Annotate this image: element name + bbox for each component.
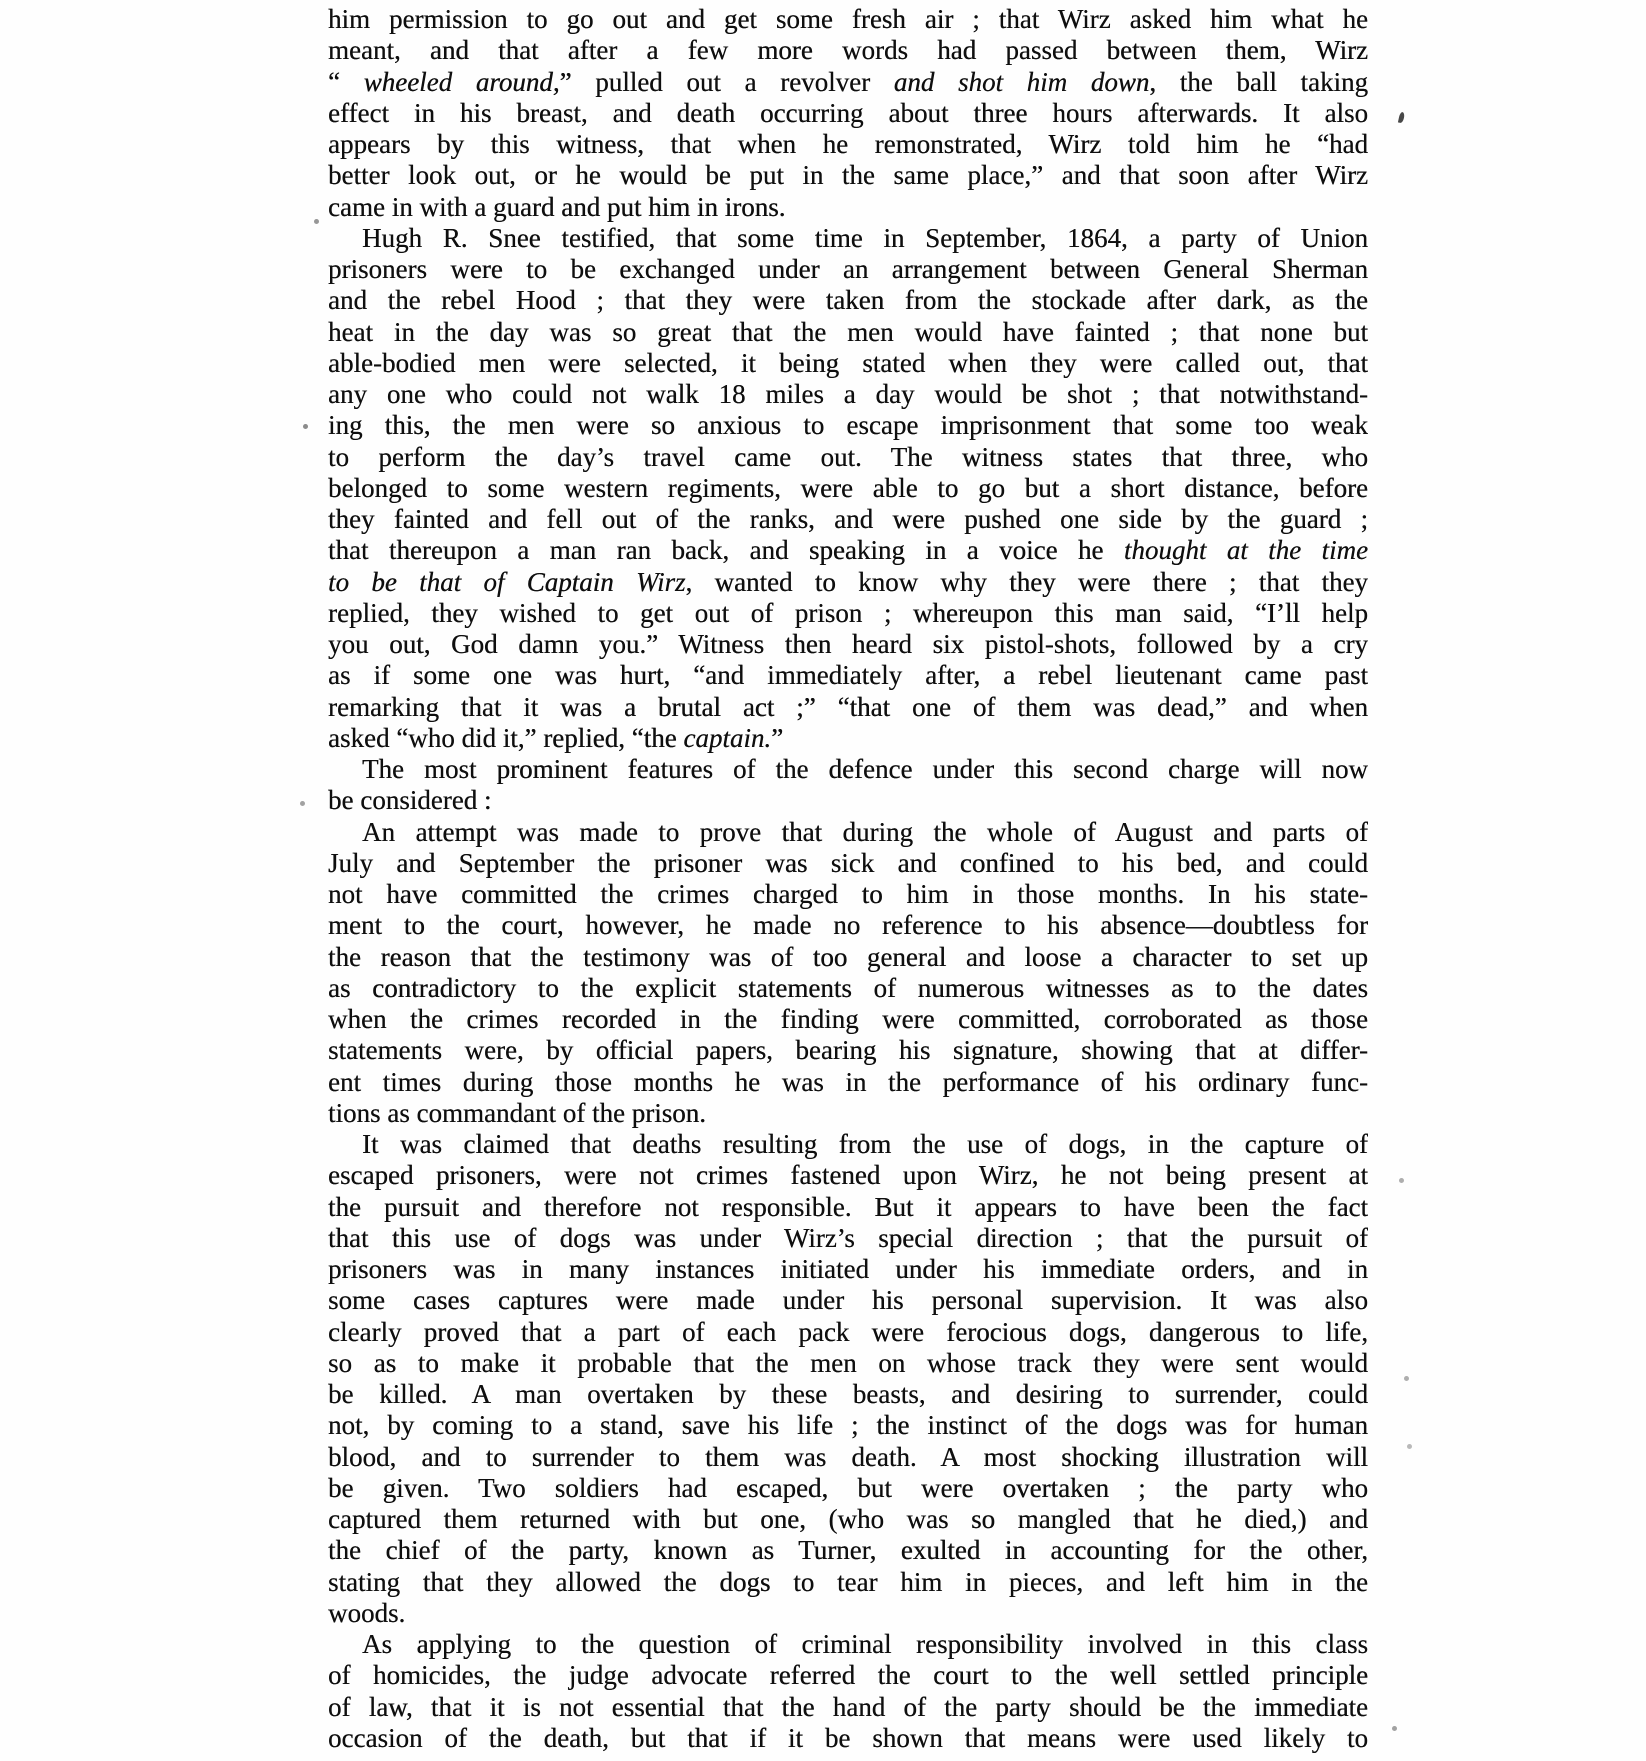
text-segment: ment to the court, however, he made no r… [328, 910, 1368, 940]
text-segment: came in with a guard and put him in iron… [328, 192, 785, 222]
text-segment: any one who could not walk 18 miles a da… [328, 379, 1368, 409]
text-line: better look out, or he would be put in t… [328, 160, 1368, 191]
text-line: appears by this witness, that when he re… [328, 129, 1368, 160]
text-line: able-bodied men were selected, it being … [328, 348, 1368, 379]
text-segment: , the ball taking [1149, 67, 1368, 97]
text-line: you out, God damn you.” Witness then hea… [328, 629, 1368, 660]
text-segment: ent times during those months he was in … [328, 1067, 1368, 1097]
text-line: remarking that it was a brutal act ;” “t… [328, 692, 1368, 723]
scan-artifact [1398, 112, 1405, 124]
text-segment: escaped prisoners, were not crimes faste… [328, 1160, 1368, 1190]
text-segment: July and September the prisoner was sick… [328, 848, 1368, 878]
text-segment: the chief of the party, known as Turner,… [328, 1535, 1368, 1565]
text-line: occasion of the death, but that if it be… [328, 1723, 1368, 1754]
scan-artifact [303, 424, 308, 429]
text-segment: It was claimed that deaths resulting fro… [362, 1129, 1368, 1159]
text-segment: captured them returned with but one, (wh… [328, 1504, 1368, 1534]
text-line: As applying to the question of criminal … [328, 1629, 1368, 1660]
italic-text: to be that of Captain Wirz [328, 567, 685, 597]
text-line: him permission to go out and get some fr… [328, 4, 1368, 35]
text-segment: blood, and to surrender to them was deat… [328, 1442, 1368, 1472]
text-segment: asked “who did it,” replied, “the [328, 723, 683, 753]
text-segment: better look out, or he would be put in t… [328, 160, 1368, 190]
text-line: that thereupon a man ran back, and speak… [328, 535, 1368, 566]
text-line: “ wheeled around,” pulled out a revolver… [328, 67, 1368, 98]
text-segment: not, by coming to a stand, save his life… [328, 1410, 1368, 1440]
text-line: prisoners were to be exchanged under an … [328, 254, 1368, 285]
text-line: The most prominent features of the defen… [328, 754, 1368, 785]
text-line: of homicides, the judge advocate referre… [328, 1660, 1368, 1691]
text-segment: not have committed the crimes charged to… [328, 879, 1368, 909]
paragraph: An attempt was made to prove that during… [328, 817, 1368, 1130]
text-line: of law, that it is not essential that th… [328, 1692, 1368, 1723]
text-segment: be considered : [328, 785, 491, 815]
text-line: An attempt was made to prove that during… [328, 817, 1368, 848]
italic-text: and shot him down [894, 67, 1150, 97]
text-line: ment to the court, however, he made no r… [328, 910, 1368, 941]
text-line: not, by coming to a stand, save his life… [328, 1410, 1368, 1441]
text-line: blood, and to surrender to them was deat… [328, 1442, 1368, 1473]
text-line: as if some one was hurt, “and immediatel… [328, 660, 1368, 691]
text-line: they fainted and fell out of the ranks, … [328, 504, 1368, 535]
page-text: him permission to go out and get some fr… [328, 4, 1368, 1754]
text-segment: replied, they wished to get out of priso… [328, 598, 1368, 628]
text-segment: that this use of dogs was under Wirz’s s… [328, 1223, 1368, 1253]
text-segment: the reason that the testimony was of too… [328, 942, 1368, 972]
text-line: stating that they allowed the dogs to te… [328, 1567, 1368, 1598]
paragraph: It was claimed that deaths resulting fro… [328, 1129, 1368, 1629]
text-segment: so as to make it probable that the men o… [328, 1348, 1368, 1378]
text-segment: and the rebel Hood ; that they were take… [328, 285, 1368, 315]
text-line: captured them returned with but one, (wh… [328, 1504, 1368, 1535]
text-segment: ing this, the men were so anxious to esc… [328, 410, 1368, 440]
text-segment: the pursuit and therefore not responsibl… [328, 1192, 1368, 1222]
text-line: be killed. A man overtaken by these beas… [328, 1379, 1368, 1410]
paragraph: As applying to the question of criminal … [328, 1629, 1368, 1754]
text-segment: they fainted and fell out of the ranks, … [328, 504, 1368, 534]
text-segment: tions as commandant of the prison. [328, 1098, 706, 1128]
text-segment: remarking that it was a brutal act ;” “t… [328, 692, 1368, 722]
text-line: any one who could not walk 18 miles a da… [328, 379, 1368, 410]
text-line: the pursuit and therefore not responsibl… [328, 1192, 1368, 1223]
text-segment: prisoners was in many instances initiate… [328, 1254, 1368, 1284]
text-segment: as contradictory to the explicit stateme… [328, 973, 1368, 1003]
italic-text: captain. [683, 723, 771, 753]
text-line: to perform the day’s travel came out. Th… [328, 442, 1368, 473]
text-line: that this use of dogs was under Wirz’s s… [328, 1223, 1368, 1254]
scan-artifact [314, 219, 319, 224]
text-line: replied, they wished to get out of priso… [328, 598, 1368, 629]
text-segment: appears by this witness, that when he re… [328, 129, 1368, 159]
text-segment: ” [771, 723, 783, 753]
paragraph: him permission to go out and get some fr… [328, 4, 1368, 223]
text-segment: statements were, by official papers, bea… [328, 1035, 1368, 1065]
text-segment: heat in the day was so great that the me… [328, 317, 1368, 347]
text-line: came in with a guard and put him in iron… [328, 192, 1368, 223]
paragraph: The most prominent features of the defen… [328, 754, 1368, 817]
text-line: tions as commandant of the prison. [328, 1098, 1368, 1129]
text-segment: occasion of the death, but that if it be… [328, 1723, 1368, 1753]
text-line: the chief of the party, known as Turner,… [328, 1535, 1368, 1566]
text-line: not have committed the crimes charged to… [328, 879, 1368, 910]
text-segment: him permission to go out and get some fr… [328, 4, 1368, 34]
text-segment: you out, God damn you.” Witness then hea… [328, 629, 1368, 659]
scan-artifact [1407, 1444, 1412, 1449]
text-line: to be that of Captain Wirz, wanted to kn… [328, 567, 1368, 598]
text-line: It was claimed that deaths resulting fro… [328, 1129, 1368, 1160]
text-segment: Hugh R. Snee testified, that some time i… [362, 223, 1368, 253]
text-line: be considered : [328, 785, 1368, 816]
text-line: Hugh R. Snee testified, that some time i… [328, 223, 1368, 254]
text-line: July and September the prisoner was sick… [328, 848, 1368, 879]
page: him permission to go out and get some fr… [0, 0, 1646, 1761]
text-line: when the crimes recorded in the finding … [328, 1004, 1368, 1035]
text-line: belonged to some western regiments, were… [328, 473, 1368, 504]
text-segment: be given. Two soldiers had escaped, but … [328, 1473, 1368, 1503]
text-line: heat in the day was so great that the me… [328, 317, 1368, 348]
text-line: escaped prisoners, were not crimes faste… [328, 1160, 1368, 1191]
paragraph: Hugh R. Snee testified, that some time i… [328, 223, 1368, 754]
text-segment: ” pulled out a revolver [560, 67, 894, 97]
text-segment: belonged to some western regiments, were… [328, 473, 1368, 503]
text-segment: of law, that it is not essential that th… [328, 1692, 1368, 1722]
scan-artifact [1404, 1376, 1409, 1381]
text-segment: As applying to the question of criminal … [362, 1629, 1368, 1659]
text-line: ing this, the men were so anxious to esc… [328, 410, 1368, 441]
text-line: be given. Two soldiers had escaped, but … [328, 1473, 1368, 1504]
text-segment: of homicides, the judge advocate referre… [328, 1660, 1368, 1690]
text-segment: some cases captures were made under his … [328, 1285, 1368, 1315]
text-segment: clearly proved that a part of each pack … [328, 1317, 1368, 1347]
text-segment: An attempt was made to prove that during… [362, 817, 1368, 847]
scan-artifact [300, 801, 305, 806]
text-segment: stating that they allowed the dogs to te… [328, 1567, 1368, 1597]
text-line: some cases captures were made under his … [328, 1285, 1368, 1316]
text-segment: as if some one was hurt, “and immediatel… [328, 660, 1368, 690]
text-line: statements were, by official papers, bea… [328, 1035, 1368, 1066]
text-segment: be killed. A man overtaken by these beas… [328, 1379, 1368, 1409]
scan-artifact [1399, 1178, 1404, 1183]
text-line: asked “who did it,” replied, “the captai… [328, 723, 1368, 754]
text-segment: “ [328, 67, 364, 97]
text-segment: that thereupon a man ran back, and speak… [328, 535, 1124, 565]
text-line: ent times during those months he was in … [328, 1067, 1368, 1098]
text-line: as contradictory to the explicit stateme… [328, 973, 1368, 1004]
text-segment: to perform the day’s travel came out. Th… [328, 442, 1368, 472]
text-line: woods. [328, 1598, 1368, 1629]
italic-text: wheeled around, [364, 67, 560, 97]
text-line: so as to make it probable that the men o… [328, 1348, 1368, 1379]
text-line: effect in his breast, and death occurrin… [328, 98, 1368, 129]
text-segment: effect in his breast, and death occurrin… [328, 98, 1368, 128]
text-line: and the rebel Hood ; that they were take… [328, 285, 1368, 316]
text-segment: when the crimes recorded in the finding … [328, 1004, 1368, 1034]
text-line: the reason that the testimony was of too… [328, 942, 1368, 973]
text-line: prisoners was in many instances initiate… [328, 1254, 1368, 1285]
text-segment: woods. [328, 1598, 405, 1628]
text-line: meant, and that after a few more words h… [328, 35, 1368, 66]
text-line: clearly proved that a part of each pack … [328, 1317, 1368, 1348]
text-segment: , wanted to know why they were there ; t… [685, 567, 1368, 597]
text-segment: meant, and that after a few more words h… [328, 35, 1368, 65]
text-segment: prisoners were to be exchanged under an … [328, 254, 1368, 284]
scan-artifact [1392, 1726, 1397, 1731]
text-segment: The most prominent features of the defen… [362, 754, 1368, 784]
italic-text: thought at the time [1124, 535, 1368, 565]
text-segment: able-bodied men were selected, it being … [328, 348, 1368, 378]
